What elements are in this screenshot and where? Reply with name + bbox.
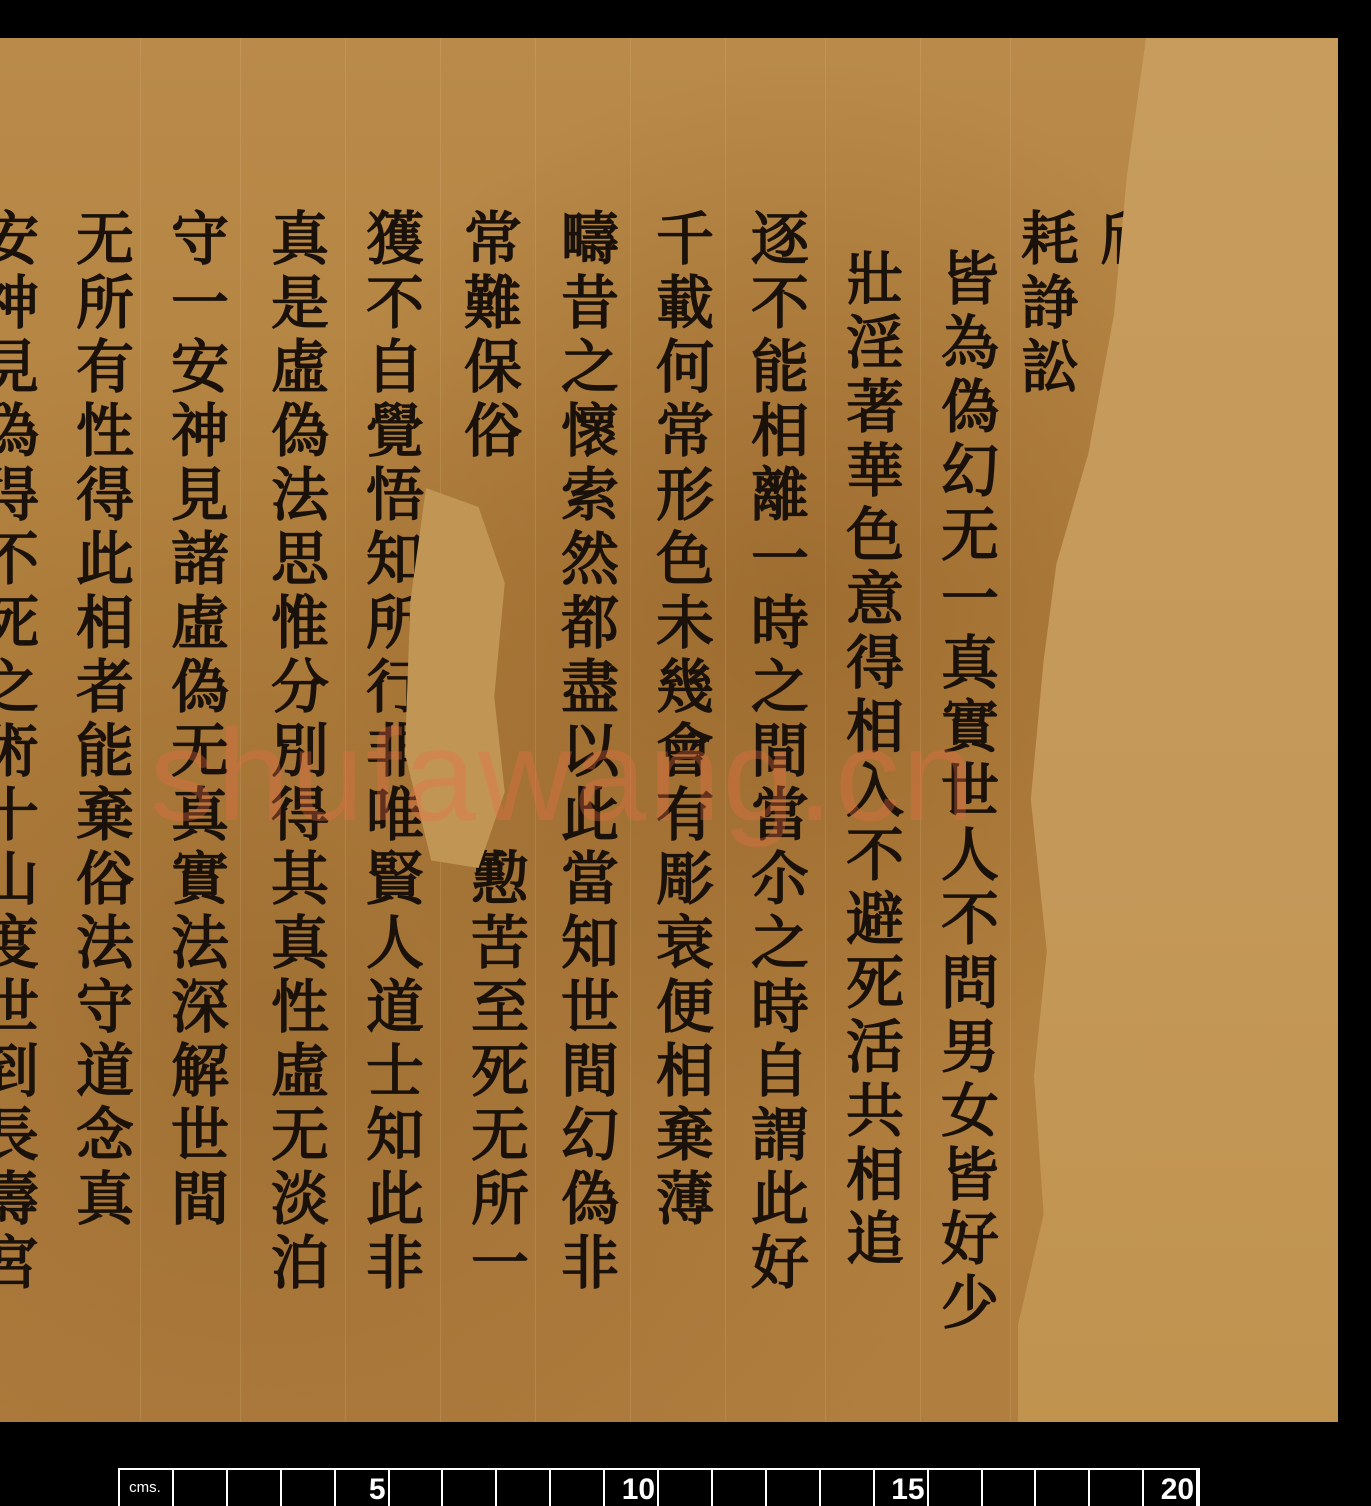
scale-bar: cms. 5 10 15 20 <box>118 1468 1200 1506</box>
scale-segment <box>821 1470 875 1506</box>
scale-segment <box>174 1470 228 1506</box>
scale-segment-20: 20 <box>1144 1470 1198 1506</box>
scale-segment <box>659 1470 713 1506</box>
text-column: 无所有性得此相者能棄俗法守道念真 <box>60 208 140 1232</box>
scale-segment <box>713 1470 767 1506</box>
scale-segment <box>767 1470 821 1506</box>
scale-segment <box>228 1470 282 1506</box>
scale-segment <box>551 1470 605 1506</box>
column-rule <box>140 38 141 1422</box>
scale-segment <box>282 1470 336 1506</box>
text-column: 耗諍訟 <box>1005 208 1085 400</box>
scale-segment <box>497 1470 551 1506</box>
text-column: 懃苦至死无所一 <box>455 848 535 1296</box>
text-column: 安神見偽得不死之術十山度世到長壽宮 <box>0 208 45 1296</box>
scale-segment <box>929 1470 983 1506</box>
scale-segment <box>390 1470 444 1506</box>
scale-segment <box>1090 1470 1144 1506</box>
watermark: shufawang.cn <box>150 700 976 850</box>
scale-segment-10: 10 <box>605 1470 659 1506</box>
scale-segment-5: 5 <box>336 1470 390 1506</box>
scale-unit-label: cms. <box>120 1470 174 1506</box>
text-column: 常難保俗 <box>448 208 528 464</box>
scale-segment <box>443 1470 497 1506</box>
scale-segment <box>983 1470 1037 1506</box>
scale-segment <box>1036 1470 1090 1506</box>
scale-segment-15: 15 <box>875 1470 929 1506</box>
